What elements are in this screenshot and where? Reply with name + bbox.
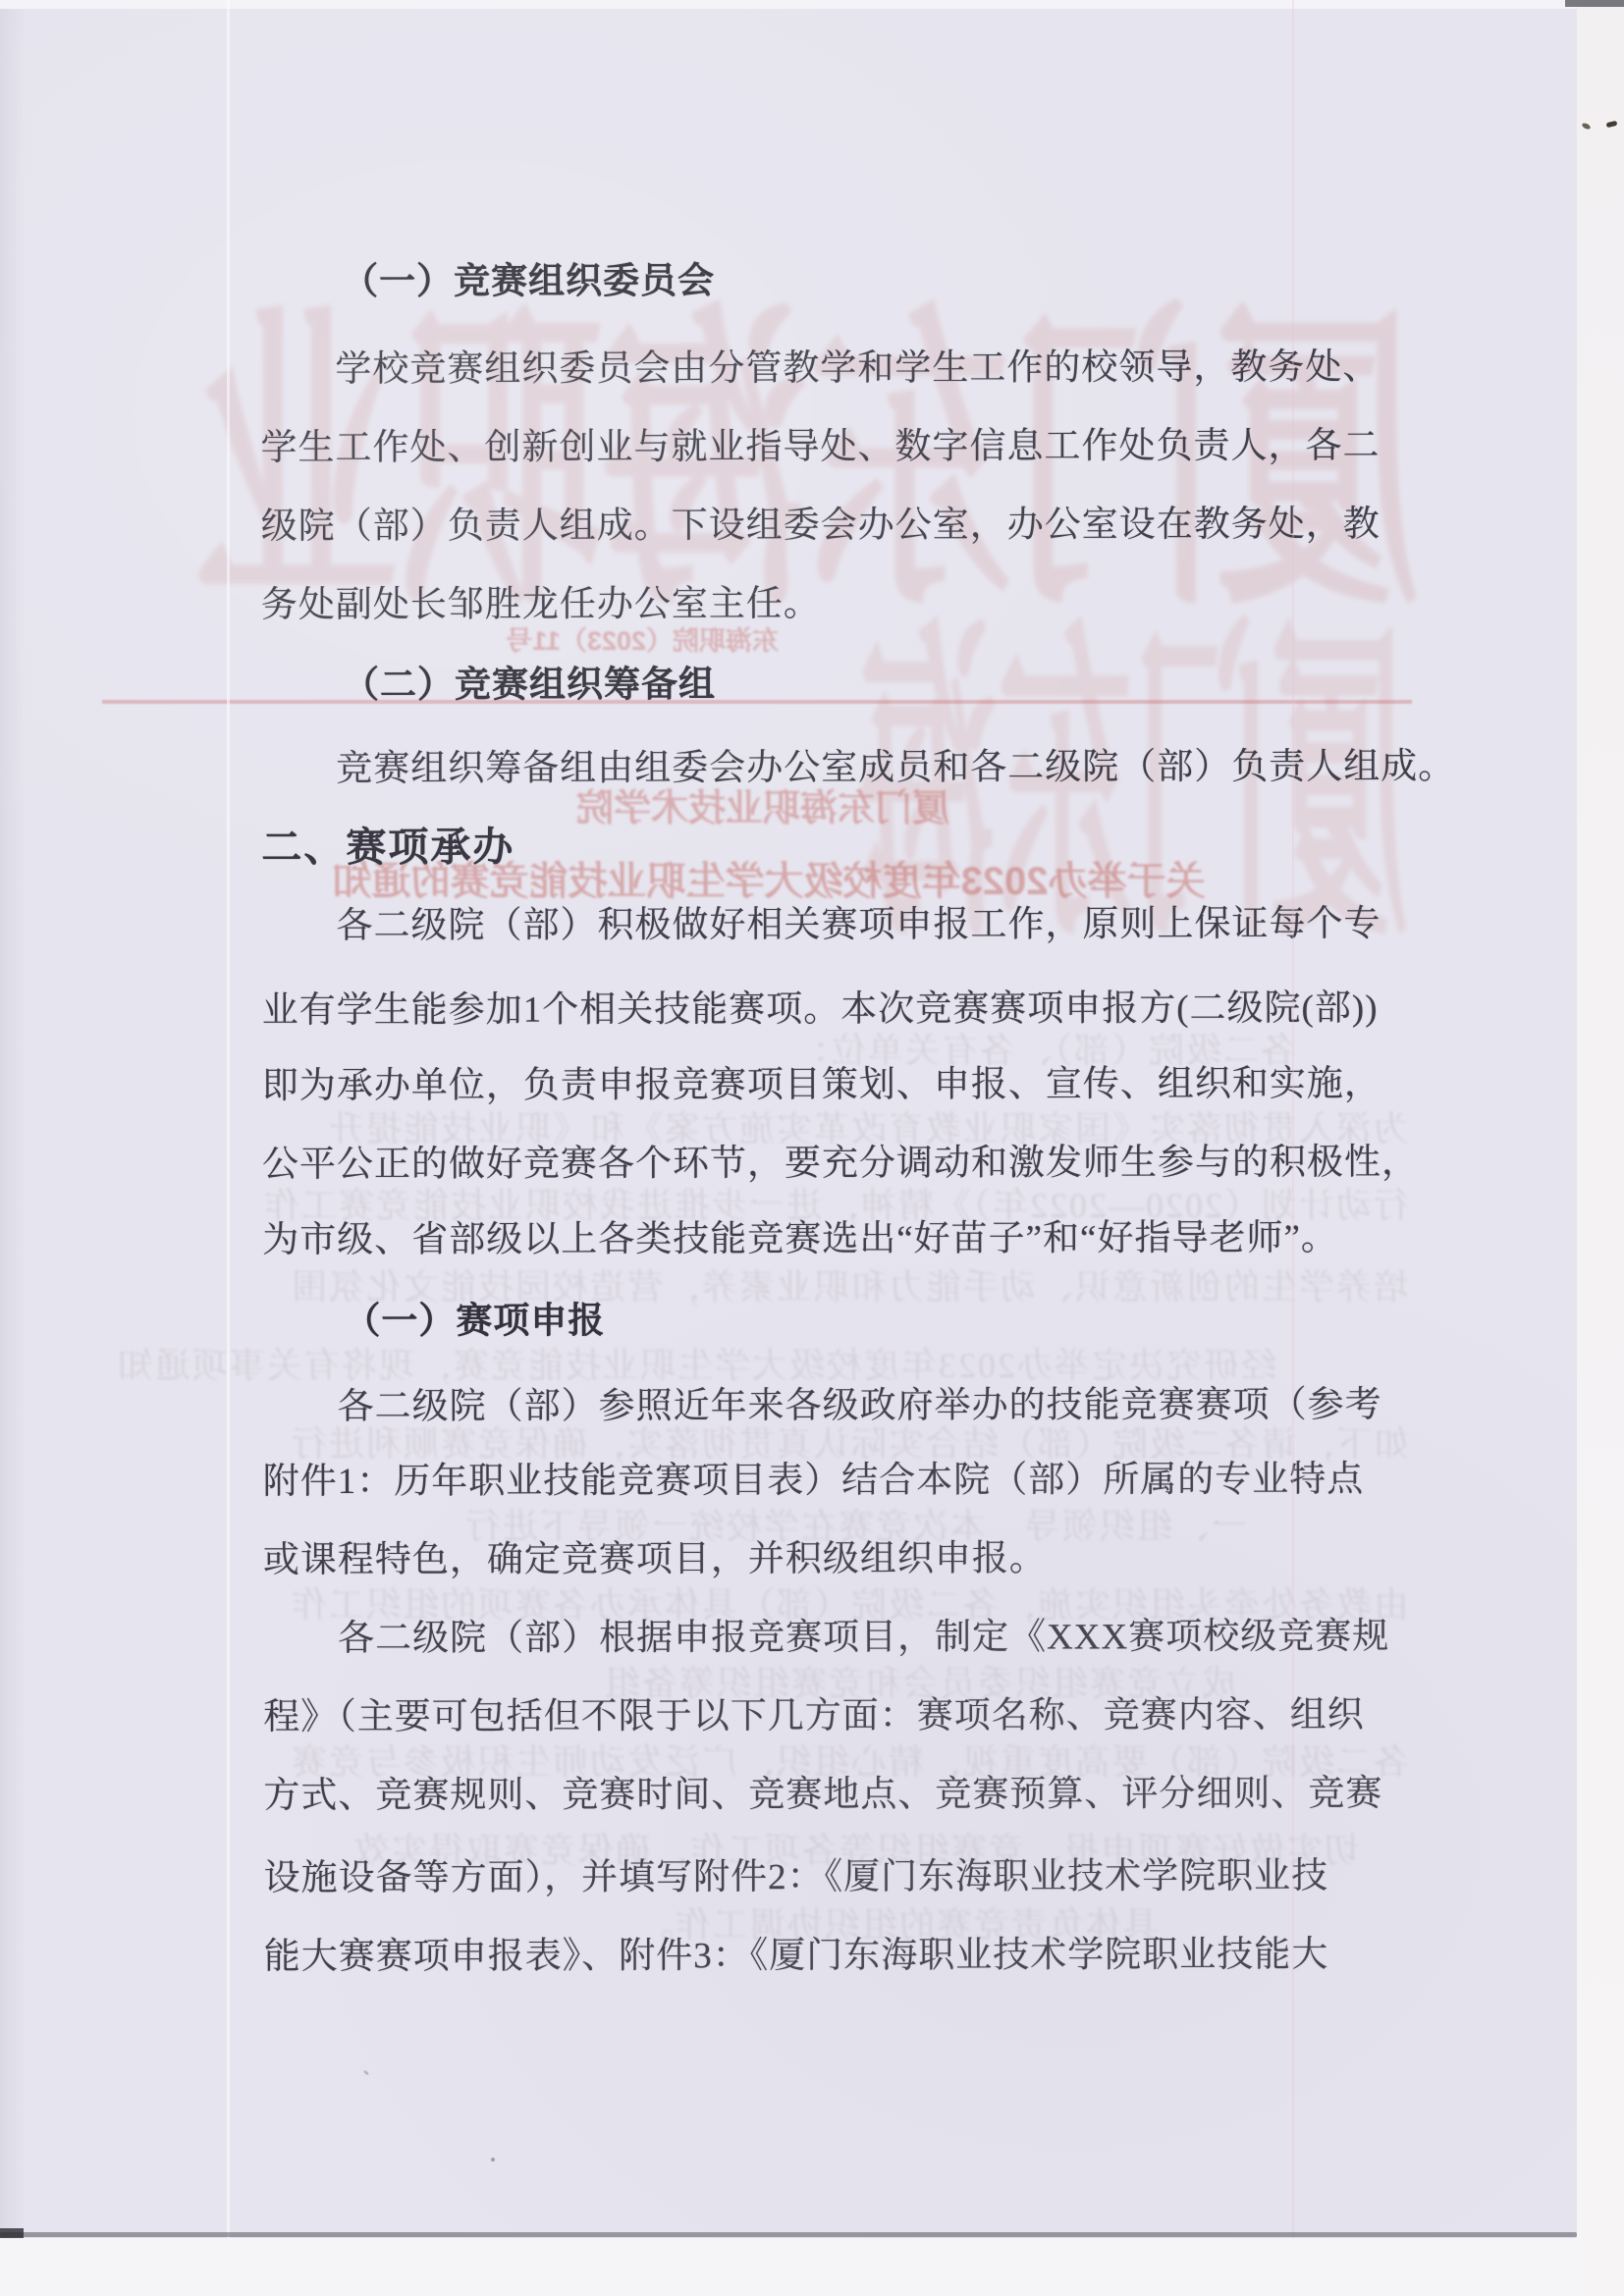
section-heading: （一）竞赛组织委员会 — [342, 250, 715, 304]
scanner-background-right — [1577, 0, 1624, 2296]
doc-line: 即为承办单位，负责申报竞赛项目策划、申报、宣传、组织和实施， — [262, 1053, 1381, 1108]
chapter-heading: 二、赛项承办 — [261, 815, 514, 874]
section-heading: （一）赛项申报 — [344, 1290, 605, 1344]
scanned-page: 厦门东海职业 厦门东海 东海职院（2023）11号 厦门东海职业技术学院 关于举… — [0, 0, 1624, 2296]
document-text-layer: （一）竞赛组织委员会 学校竞赛组织委员会由分管教学和学生工作的校领导，教务处、 … — [0, 0, 1624, 2296]
doc-line: 程》（主要可包括但不限于以下几方面：赛项名称、竞赛内容、组织 — [263, 1684, 1365, 1739]
doc-line: 附件1：历年职业技能竞赛项目表）结合本院（部）所属的专业特点 — [263, 1449, 1365, 1504]
doc-line: 设施设备等方面），并填写附件2：《厦门东海职业技术学院职业技 — [263, 1845, 1328, 1900]
scanner-background-bottom — [0, 2238, 1577, 2296]
dust-speck — [491, 2158, 495, 2162]
doc-line: 务处副处长邹胜龙任办公室主任。 — [261, 573, 821, 627]
doc-line: 各二级院（部）根据申报竞赛项目，制定《XXX赛项校级竞赛规 — [338, 1606, 1389, 1661]
doc-line: 或课程特色，确定竞赛项目，并积级组织申报。 — [263, 1528, 1047, 1583]
doc-line: 为市级、省部级以上各类技能竞赛选出“好苗子”和“好指导老师”。 — [262, 1207, 1338, 1262]
scan-edge-shadow-top — [1565, 0, 1624, 7]
doc-line: 公平公正的做好竞赛各个环节，要充分调动和激发师生参与的积极性， — [262, 1132, 1419, 1187]
doc-line: 各二级院（部）参照近年来各级政府举办的技能竞赛赛项（参考 — [337, 1374, 1381, 1429]
doc-line: 学校竞赛组织委员会由分管教学和学生工作的校领导，教务处、 — [335, 337, 1380, 392]
doc-line: 能大赛赛项申报表》、附件3：《厦门东海职业技术学院职业技能大 — [264, 1924, 1329, 1979]
doc-line: 方式、竞赛规则、竞赛时间、竞赛地点、竞赛预算、评分细则、竞赛 — [263, 1763, 1382, 1818]
doc-line: 级院（部）负责人组成。下设组委会办公室，办公室设在教务处，教 — [261, 494, 1380, 549]
paper-bottom-edge — [0, 2232, 1577, 2237]
doc-line: 学生工作处、创新创业与就业指导处、数字信息工作处负责人，各二 — [260, 415, 1380, 470]
paper-top-edge — [0, 0, 1577, 9]
doc-line: 各二级院（部）积极做好相关赛项申报工作，原则上保证每个专 — [336, 893, 1380, 948]
doc-line: 业有学生能参加1个相关技能赛项。本次竞赛赛项申报方(二级院(部)) — [262, 978, 1379, 1033]
section-heading: （二）竞赛组织筹备组 — [343, 654, 716, 708]
doc-line: 竞赛组织筹备组由组委会办公室成员和各二级院（部）负责人组成。 — [336, 736, 1455, 791]
